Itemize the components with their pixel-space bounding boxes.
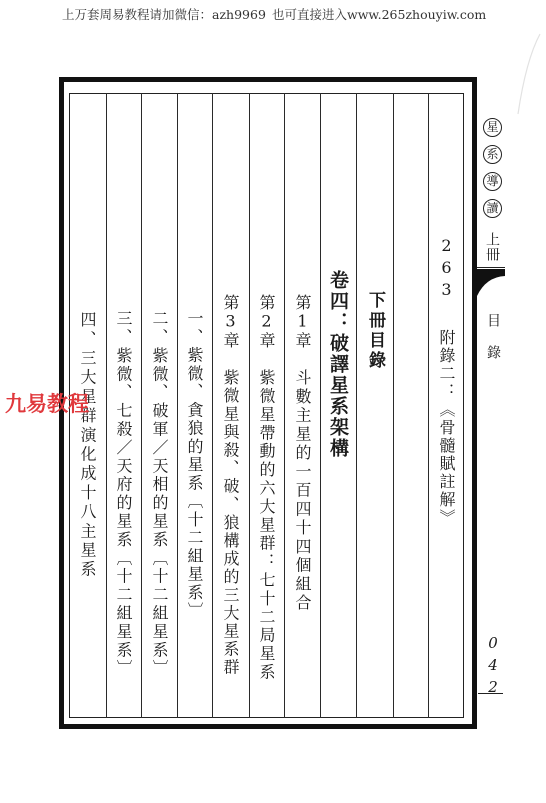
page-number: 042: [485, 634, 500, 700]
section-label: 目錄: [486, 313, 500, 377]
tab-rule-bottom: [478, 693, 503, 694]
watermark-overlay: 九易教程: [5, 392, 89, 416]
